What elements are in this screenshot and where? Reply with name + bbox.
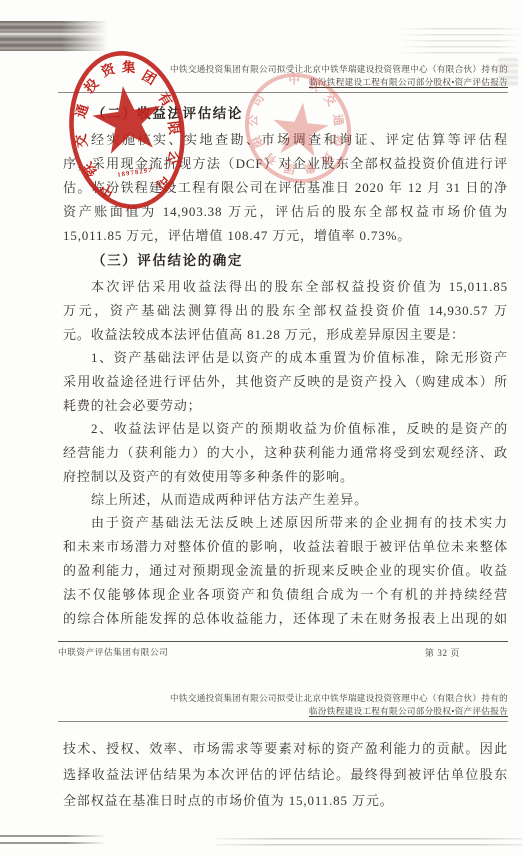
- svg-text:铁: 铁: [79, 159, 101, 180]
- svg-text:集: 集: [121, 58, 136, 75]
- body-line: 的综合体所能发挥的总体收益能力，还体现了未在财务报表上出现的如: [63, 607, 508, 631]
- body-line: 的盈利能力，通过对预期现金流量的折现来反映企业的现实价值。收益: [63, 559, 508, 583]
- svg-text:资: 资: [99, 60, 118, 80]
- seal-serial-number: 18978297: [117, 167, 153, 179]
- scan-artifact-top-right: [398, 28, 522, 54]
- body-line: 采用收益途径进行评估外，其他资产反映的是资产投入（购建成本）所: [63, 370, 508, 394]
- body-line: 耗费的社会必要劳动；: [63, 394, 508, 418]
- svg-text:限: 限: [165, 120, 182, 136]
- scan-artifact-bottom-left: [0, 835, 110, 848]
- body-line: 2、收益法评估是以资产的预期收益为价值标准，反映的是资产的: [63, 417, 508, 441]
- header-line-2: 临汾铁程建设工程有限公司部分股权•资产评估报告: [58, 705, 508, 718]
- body-line: 15,011.85 万元，评估增值 108.47 万元，增值率 0.73%。: [63, 224, 508, 248]
- body-line: 府控制以及资产的有效使用等多种条件的影响。: [63, 465, 508, 489]
- page2-body-paragraph: 技术、授权、效率、市场需求等要素对标的资产盈利能力的贡献。因此选择收益法评估结果…: [63, 736, 508, 814]
- svg-text:通: 通: [331, 113, 347, 127]
- svg-text:中: 中: [97, 181, 117, 202]
- body-line: 元。收益法较成本法评估值高 81.28 万元，形成差异原因主要是：: [63, 323, 508, 347]
- body-line: 选择收益法评估结果为本次评估的评估结论。最终得到被评估单位股东: [63, 762, 508, 788]
- item2-paragraph: 2、收益法评估是以资产的预期收益为价值标准，反映的是资产的经营能力（获利能力）的…: [63, 417, 508, 489]
- seal-star-icon: [89, 81, 166, 155]
- svg-text:中: 中: [289, 73, 301, 87]
- footer-page-number: 第 32 页: [425, 646, 460, 659]
- scanned-report-page: { "doc_header": { "line1": "中铁交通投资集团有限公司…: [0, 0, 522, 855]
- analysis-paragraph: 由于资产基础法无法反映上述原因所带来的企业拥有的技术实力和未来市场潜力对整体价值…: [63, 511, 508, 631]
- body-line: 和未来市场潜力对整体价值的影响，收益法着眼于被评估单位未来整体: [63, 535, 508, 559]
- body-line: 技术、授权、效率、市场需求等要素对标的资产盈利能力的贡献。因此: [63, 736, 508, 762]
- body-line: 经营能力（获利能力）的大小，这种获利能力通常将受到宏观经济、政: [63, 441, 508, 465]
- body-line: 万元，资产基础法测算得出的股东全部权益投资价值 14,930.57 万: [63, 299, 508, 323]
- body-line: 本次评估采用收益法得出的股东全部权益投资价值为 15,011.85: [63, 275, 508, 299]
- body-line: 全部权益在基准日时点的市场价值为 15,011.85 万元。: [63, 788, 508, 814]
- ghost-company-seal-icon: 中铁交通投资集团有限公司: [236, 64, 366, 199]
- svg-text:集: 集: [302, 160, 317, 177]
- section-title-conclusion: （三）评估结论的确定: [92, 249, 243, 269]
- body-line: 综上所述，从而造成两种评估方法产生差异。: [63, 488, 508, 512]
- svg-text:交: 交: [72, 133, 90, 149]
- scan-artifact-bottom-right: [215, 838, 522, 849]
- svg-text:司: 司: [153, 173, 174, 194]
- body-line: 1、资产基础法评估是以资产的成本重置为价值标准，除无形资产: [63, 346, 508, 370]
- header-line-1: 中铁交通投资集团有限公司拟受让北京中铁华瑞建设投资管理中心（有限合伙）持有的: [58, 692, 508, 705]
- body-line: 法不仅能够体现企业各项资产和负债组合成为一个有机的并持续经营: [63, 583, 508, 607]
- body-line: 由于资产基础法无法反映上述原因所带来的企业拥有的技术实力: [63, 511, 508, 535]
- svg-text:公: 公: [247, 114, 261, 127]
- page1-footer: 中联资产评估集团有限公司 第 32 页: [58, 641, 508, 659]
- page2-running-header: 中铁交通投资集团有限公司拟受让北京中铁华瑞建设投资管理中心（有限合伙）持有的 临…: [58, 692, 508, 722]
- svg-text:资: 资: [318, 149, 336, 167]
- item1-paragraph: 1、资产基础法评估是以资产的成本重置为价值标准，除无形资产采用收益途径进行评估外…: [63, 346, 508, 418]
- company-seal-icon: 中铁交通投资集团有限公司 18978297: [55, 42, 205, 224]
- svg-text:投: 投: [329, 133, 346, 149]
- document-scan: 中铁交通投资集团有限公司拟受让北京中铁华瑞建设投资管理中心（有限合伙）持有的 临…: [0, 0, 522, 855]
- summary-paragraph: 综上所述，从而造成两种评估方法产生差异。: [63, 488, 508, 512]
- scan-artifact-right-patch: [498, 58, 518, 86]
- footer-company: 中联资产评估集团有限公司: [58, 646, 168, 658]
- conclusion-paragraph: 本次评估采用收益法得出的股东全部权益投资价值为 15,011.85万元，资产基础…: [63, 275, 508, 347]
- svg-text:团: 团: [282, 160, 296, 176]
